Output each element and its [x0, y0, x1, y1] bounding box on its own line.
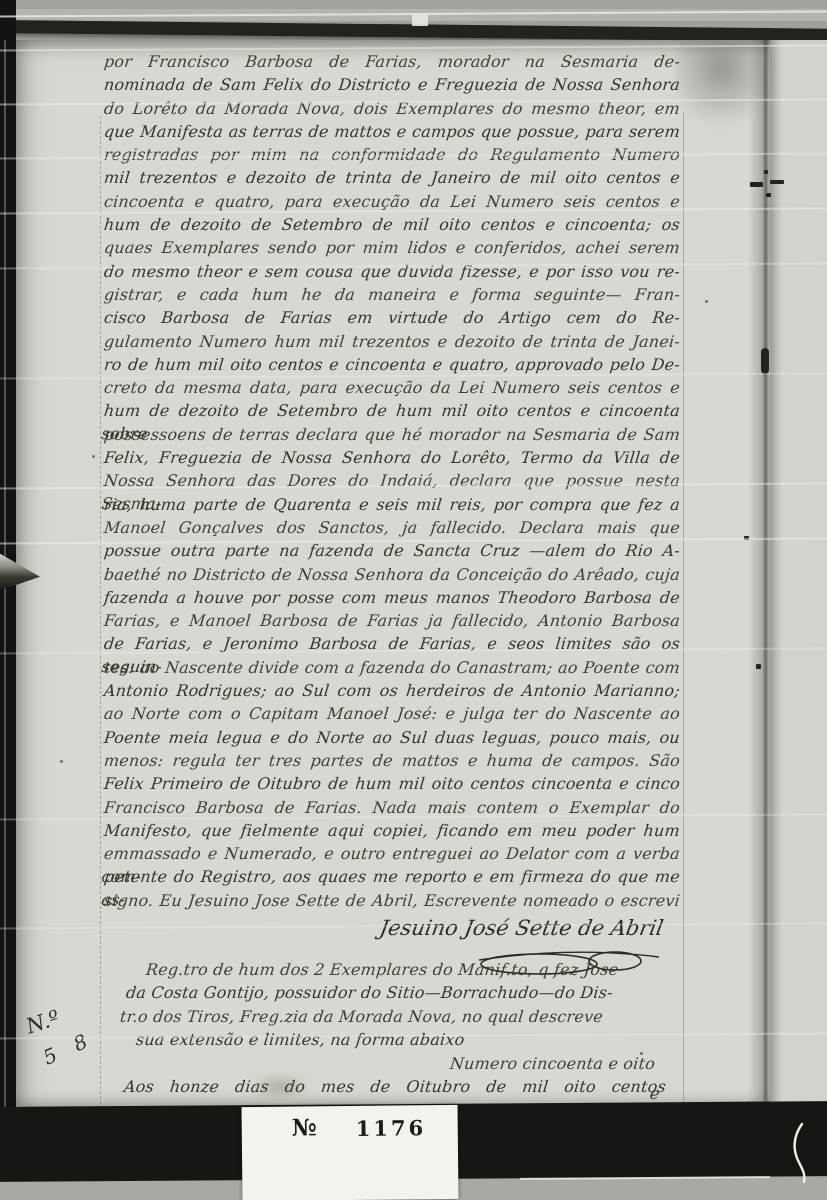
- ink-mark: [770, 180, 784, 184]
- film-sprocket-notch: [412, 15, 428, 26]
- right-margin-rule: [683, 112, 684, 1104]
- manuscript-body-text-line-11: gistrar, e cada hum he da maneira e form…: [103, 283, 681, 306]
- paper-speck: [640, 1052, 643, 1055]
- manuscript-body-text-line-31: menos: regula ter tres partes de mattos …: [103, 749, 681, 772]
- ink-blot: [761, 348, 769, 374]
- ink-mark: [744, 536, 749, 540]
- registro-annotation-line-3: tr.o dos Tiros, Freg.zia da Morada Nova,…: [119, 1005, 695, 1028]
- manuscript-body-text-line-8: hum de dezoito de Setembro de mil oito c…: [103, 213, 681, 236]
- manuscript-body-text-line-36: petente do Registro, aos quaes me report…: [103, 865, 681, 888]
- page-fold-shadow: [748, 40, 782, 1106]
- manuscript-body-text-line-35: emmassado e Numerado, e outro entreguei …: [103, 842, 681, 865]
- manuscript-body-text-line-5: registradas por mim na conformidade do R…: [103, 143, 681, 166]
- manuscript-body-text-line-6: mil trezentos e dezoito de trinta de Jan…: [103, 166, 681, 189]
- registro-annotation-line-5: Numero cincoenta e oito: [449, 1052, 695, 1075]
- manuscript-body-text-line-30: Poente meia legua e do Norte ao Sul duas…: [103, 726, 681, 749]
- scan-smudge: [676, 42, 776, 128]
- manuscript-body-text-line-27: tes: ao Nascente divide com a fazenda do…: [103, 656, 681, 679]
- manuscript-body-text-line-25: Farias, e Manoel Barbosa de Farias ja fa…: [103, 609, 681, 632]
- manuscript-body-text-line-21: Manoel Gonçalves dos Sanctos, ja falleci…: [103, 516, 681, 539]
- ink-mark: [766, 193, 771, 197]
- manuscript-body-text-line-24: fazenda a houve por posse com meus manos…: [103, 586, 681, 609]
- manuscript-body-text-line-3: do Lorêto da Morada Nova, dois Exemplare…: [103, 97, 681, 120]
- ink-mark: [756, 664, 761, 669]
- ink-mark: [750, 182, 763, 187]
- manuscript-body-text-line-37: signo. Eu Jesuino Jose Sette de Abril, E…: [103, 889, 681, 912]
- manuscript-body-text-line-15: creto da mesma data, para execução da Le…: [103, 376, 681, 399]
- paper-speck: [60, 760, 63, 763]
- manuscript-body-text-line-19: Nossa Senhora das Dores do Indaiá, decla…: [103, 469, 681, 492]
- manuscript-body-text-line-17: possessoens de terras declara que hé mor…: [103, 423, 681, 446]
- manuscript-body-text-line-32: Felix Primeiro de Oitubro de hum mil oit…: [103, 772, 681, 795]
- registro-annotation-line-2: da Costa Gontijo, possuidor do Sitio—Bor…: [125, 981, 695, 1004]
- registro-annotation: Reg.tro de hum dos 2 Exemplares do Manif…: [128, 958, 694, 1098]
- manuscript-body-text-line-28: Antonio Rodrigues; ao Sul com os herdeir…: [103, 679, 681, 702]
- manuscript-body-text-line-26: de Farias, e Jeronimo Barbosa de Farias,…: [103, 632, 681, 655]
- manuscript-body-text-line-34: Manifesto, que fielmente aqui copiei, fi…: [103, 819, 681, 842]
- manuscript-body-text-line-12: cisco Barbosa de Farias em virtude do Ar…: [103, 306, 681, 329]
- manuscript-body-text: por Francisco Barbosa de Farias, morador…: [104, 50, 680, 912]
- manuscript-body-text-line-10: do mesmo theor e sem cousa que duvida fi…: [103, 260, 681, 283]
- microfilm-frame: por Francisco Barbosa de Farias, morador…: [0, 0, 827, 1200]
- margin-entry-prefix: N.º: [23, 1005, 62, 1038]
- paper-speck: [92, 455, 95, 458]
- numero-sign: №: [292, 1114, 317, 1141]
- manuscript-body-text-line-22: possue outra parte na fazenda de Sancta …: [103, 539, 681, 562]
- manuscript-body-text-line-13: gulamento Numero hum mil trezentos e dez…: [103, 330, 681, 353]
- registro-annotation-line-6: Aos honze dias do mes de Oitubro de mil …: [123, 1075, 667, 1098]
- manuscript-body-text-line-16: hum de dezoito de Setembro de hum mil oi…: [103, 399, 681, 422]
- left-margin-rule: [100, 116, 101, 1104]
- registro-annotation-line-1: Reg.tro de hum dos 2 Exemplares do Manif…: [145, 958, 695, 981]
- ink-mark: [764, 170, 768, 174]
- manuscript-body-text-line-20: ria, huma parte de Quarenta e seis mil r…: [103, 493, 681, 516]
- signature: Jesuino José Sette de Abril: [378, 916, 692, 940]
- manuscript-body-text-line-9: quaes Exemplares sendo por mim lidos e c…: [103, 236, 681, 259]
- manuscript-body-text-line-23: baethé no Districto de Nossa Senhora da …: [103, 563, 681, 586]
- paper-speck: [705, 300, 708, 303]
- manuscript-body-text-line-1: por Francisco Barbosa de Farias, morador…: [103, 50, 681, 73]
- margin-entry-number: N.º 5 8: [26, 1010, 95, 1060]
- catalog-number-label: № 1176: [242, 1105, 459, 1200]
- film-scratch-squiggle: [780, 1120, 814, 1186]
- manuscript-body-text-line-14: ro de hum mil oito centos e cincoenta e …: [103, 353, 681, 376]
- manuscript-body-text-line-33: Francisco Barbosa de Farias. Nada mais c…: [103, 796, 681, 819]
- manuscript-body-text-line-7: cincoenta e quatro, para execução da Lei…: [103, 190, 681, 213]
- manuscript-body-text-line-4: que Manifesta as terras de mattos e camp…: [103, 120, 681, 143]
- catalog-number-value: 1176: [356, 1115, 427, 1141]
- film-left-edge: [0, 0, 16, 1200]
- registro-annotation-line-4: sua extensão e limites, na forma abaixo: [135, 1028, 695, 1051]
- manuscript-body-text-line-29: ao Norte com o Capitam Manoel José: e ju…: [103, 702, 681, 725]
- manuscript-body-text-line-2: nominada de Sam Felix do Districto e Fre…: [103, 73, 681, 96]
- manuscript-body-text-line-18: Felix, Freguezia de Nossa Senhora do Lor…: [103, 446, 681, 469]
